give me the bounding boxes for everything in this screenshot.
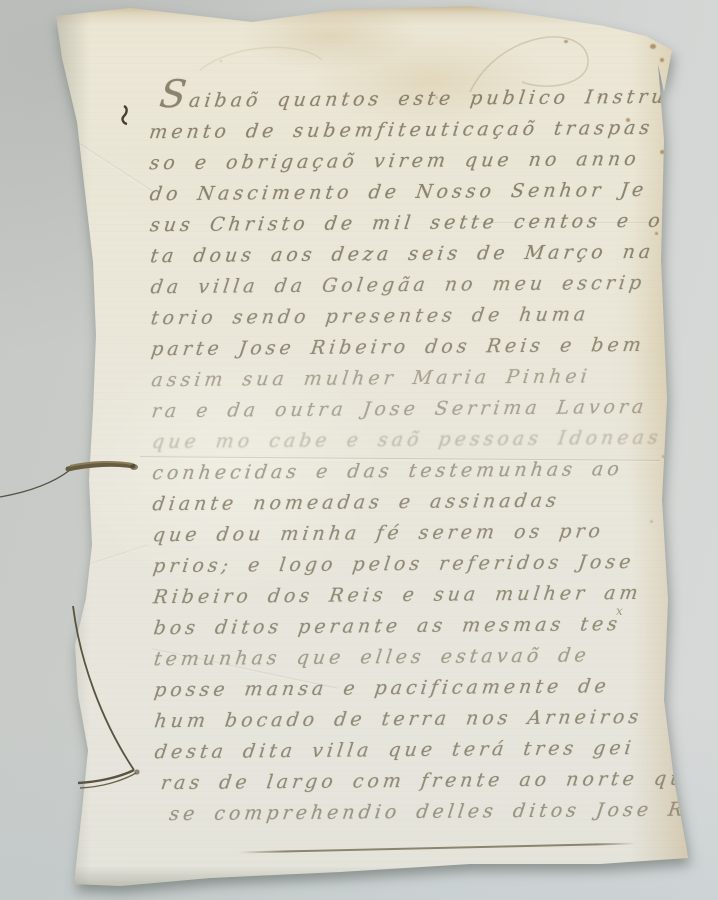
text-line: mento de subemfiteuticaçaõ traspas xyxy=(147,113,663,149)
text-line: bos ditos perante as mesmas tes xyxy=(152,609,668,645)
text-line: prios; e logo pelos referidos Jose xyxy=(151,547,667,583)
text-line: que dou minha fé serem os pro xyxy=(151,516,667,552)
paper-edge-left xyxy=(56,0,90,900)
foxing-spot xyxy=(564,40,568,43)
manuscript-page: Saibaõ quantos este publico Instru mento… xyxy=(0,0,718,900)
foxing-spot xyxy=(650,44,656,49)
text-line: Ribeiro dos Reis e sua mulher am xyxy=(151,578,667,614)
paper-edge-bottom xyxy=(0,866,718,892)
text-line: do Nascimento de Nosso Senhor Je xyxy=(148,175,664,211)
text-line: da villa da Golegãa no meu escrip xyxy=(149,268,665,304)
text-line: assim sua mulher Maria Pinhei xyxy=(149,361,665,397)
text-line: ra e da outra Jose Serrima Lavora xyxy=(150,392,666,428)
text-line: diante nomeadas e assinadas xyxy=(151,485,667,521)
text-line: que mo cabe e saõ pessoas Idoneas xyxy=(150,423,666,459)
text-line: posse mansa e pacificamente de xyxy=(152,671,668,707)
text-line: torio sendo presentes de huma xyxy=(149,299,665,335)
text-line: parte Jose Ribeiro dos Reis e bem xyxy=(149,330,665,366)
foxing-spot xyxy=(660,58,664,62)
insertion-mark: x xyxy=(616,604,623,618)
last-line-underline xyxy=(238,842,636,853)
text-line: ta dous aos deza seis de Março na xyxy=(148,237,664,273)
foxing-spot xyxy=(608,20,613,24)
fold-crease xyxy=(82,544,149,567)
text-line: Saibaõ quantos este publico Instru xyxy=(157,82,663,117)
text-line: hum bocado de terra nos Arneiros xyxy=(152,702,668,738)
text-line: sus Christo de mil sette centos e oiten xyxy=(148,206,664,242)
foxing-spot xyxy=(646,14,649,17)
text-line: se comprehendio delles ditos Jose Ri xyxy=(167,795,669,830)
foxing-spot xyxy=(220,60,222,62)
foxing-spot xyxy=(638,30,642,34)
photo-background: Saibaõ quantos este publico Instru mento… xyxy=(0,0,718,900)
page-text: Saibaõ quantos este publico Instru mento… xyxy=(147,82,665,830)
text-line: conhecidas e das testemunhas ao xyxy=(150,454,666,490)
text-line: so e obrigaçaõ virem que no anno xyxy=(148,144,664,180)
text-line: desta dita villa que terá tres gei xyxy=(153,733,669,769)
text-line: ras de largo com frente ao norte que xyxy=(159,764,669,799)
fold-crease xyxy=(79,143,157,194)
text-line: temunhas que elles estavaõ de xyxy=(152,640,668,676)
paper-sheet: Saibaõ quantos este publico Instru mento… xyxy=(0,0,718,900)
paper-edge-top xyxy=(0,0,718,26)
